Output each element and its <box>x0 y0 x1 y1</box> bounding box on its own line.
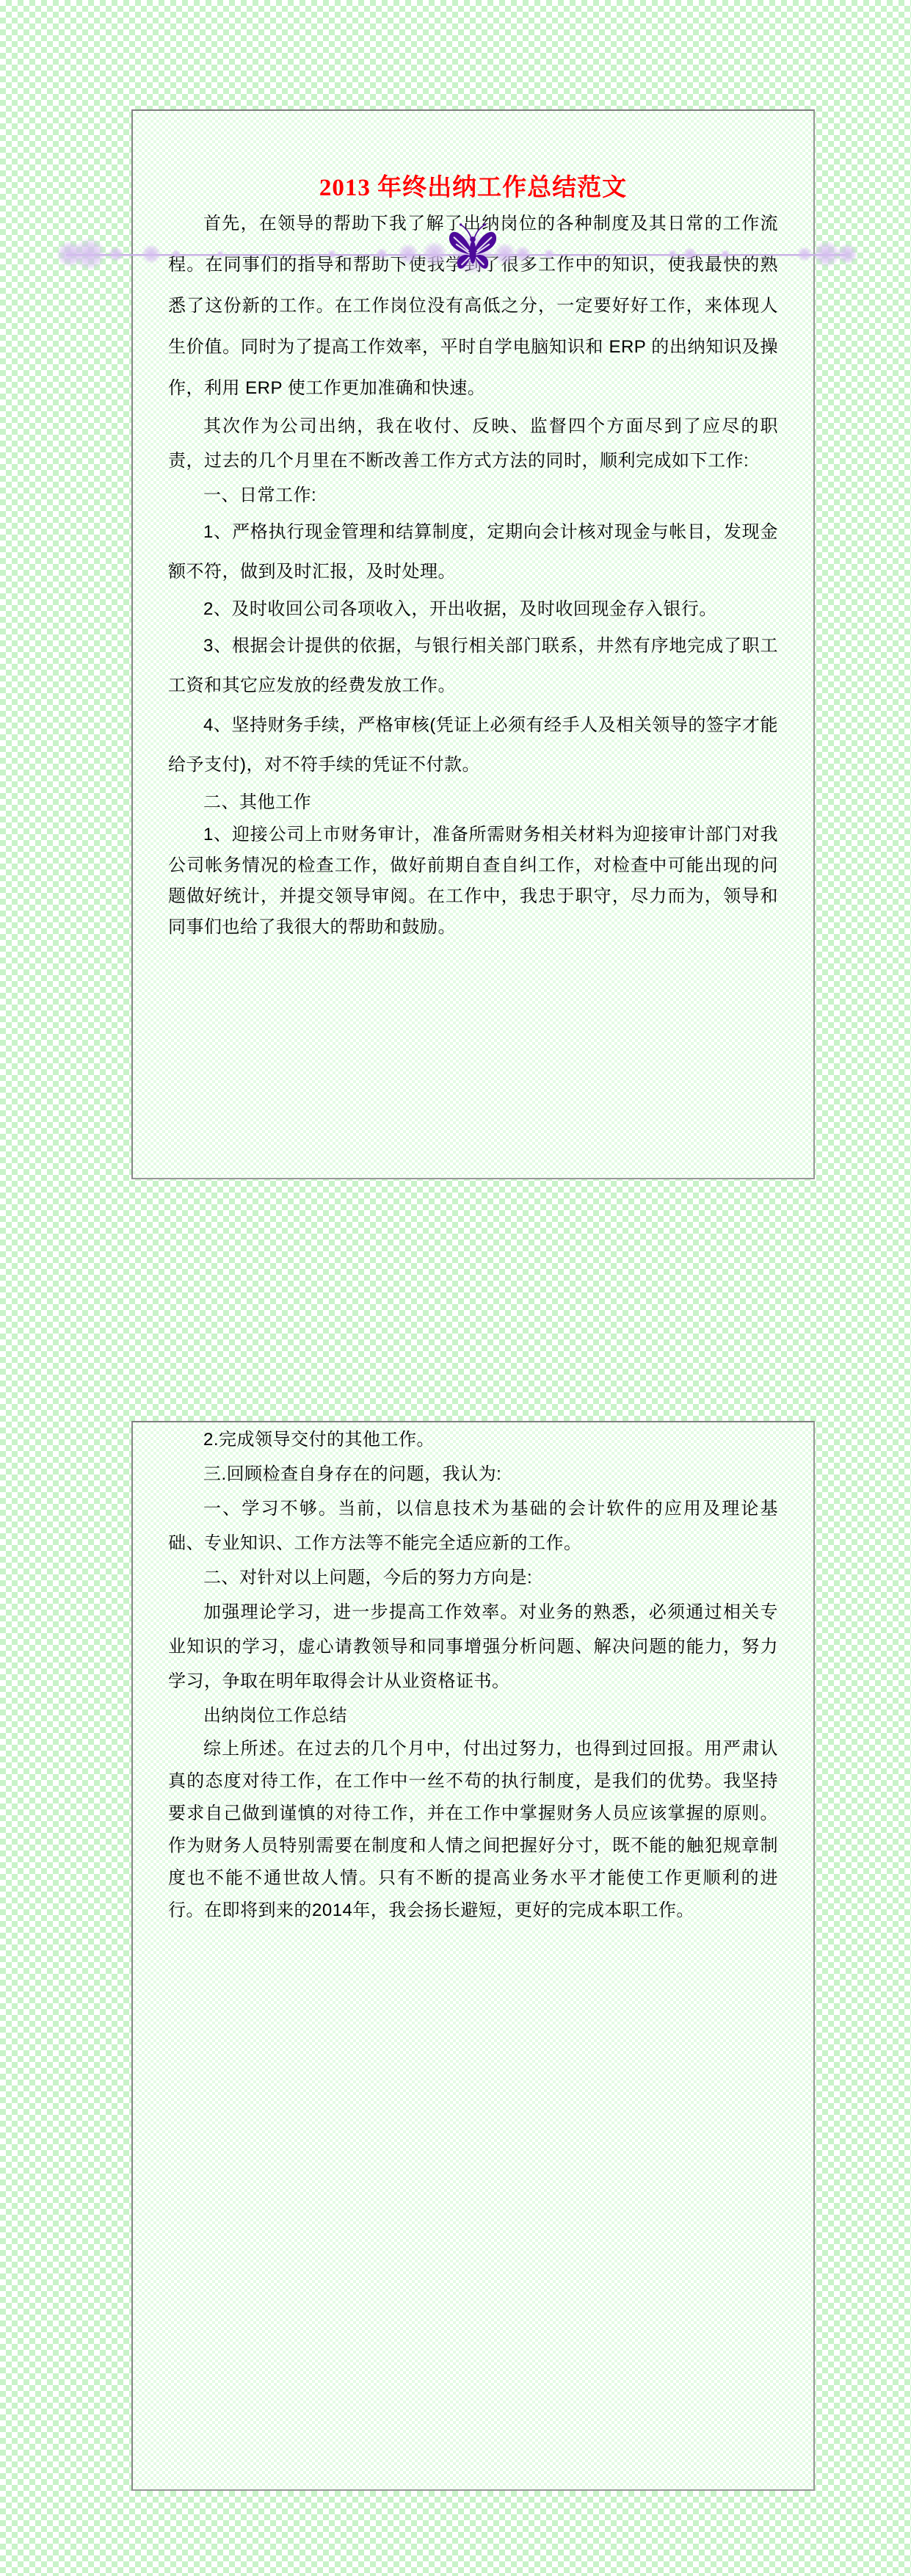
paragraph-conclusion: 综上所述。在过去的几个月中，付出过努力，也得到过回报。用严肃认真的态度对待工作，… <box>168 1733 778 1927</box>
content-panel-top: 2013 年终出纳工作总结范文 首先，在领导的帮助下我了解了出纳岗位的各种制度及… <box>131 109 815 1179</box>
paragraph-secondly: 其次作为公司出纳，我在收付、反映、监督四个方面尽到了应尽的职责，过去的几个月里在… <box>168 409 778 478</box>
section-heading-review: 三.回顾检查自身存在的问题，我认为: <box>168 1457 778 1491</box>
content-panel-bottom: 2.完成领导交付的其他工作。 三.回顾检查自身存在的问题，我认为: 一、学习不够… <box>131 1421 815 2491</box>
section-heading-daily-work: 一、日常工作: <box>168 478 778 513</box>
list-item-1: 1、严格执行现金管理和结算制度，定期向会计核对现金与帐目，发现金额不符，做到及时… <box>168 513 778 592</box>
page-title: 2013 年终出纳工作总结范文 <box>168 173 778 203</box>
blossom-blob <box>813 241 840 267</box>
blossom-blob <box>837 244 857 264</box>
paragraph-problem-2: 二、对针对以上问题，今后的努力方向是: <box>168 1560 778 1595</box>
section-heading-other-work: 二、其他工作 <box>168 785 778 820</box>
list-item-3: 3、根据会计提供的依据，与银行相关部门联系，井然有序地完成了职工工资和其它应发放… <box>168 626 778 706</box>
blossom-blob <box>73 238 106 270</box>
list-item-2: 2、及时收回公司各项收入，开出收据，及时收回现金存入银行。 <box>168 592 778 626</box>
list-item-other-1: 1、迎接公司上市财务审计，准备所需财务相关材料为迎接审计部门对我公司帐务情况的检… <box>168 820 778 943</box>
paragraph-improve: 加强理论学习，进一步提高工作效率。对业务的熟悉，必须通过相关专业知识的学习，虚心… <box>168 1595 778 1698</box>
paragraph-summary-title: 出纳岗位工作总结 <box>168 1698 778 1733</box>
document-page: { "page": { "title": "2013 年终出纳工作总结范文" }… <box>0 0 911 2576</box>
paragraph-problem-1: 一、学习不够。当前，以信息技术为基础的会计软件的应用及理论基础、专业知识、工作方… <box>168 1491 778 1560</box>
blossom-blob <box>57 241 83 267</box>
list-item-other-2: 2.完成领导交付的其他工作。 <box>168 1422 778 1457</box>
blossom-blob <box>109 247 123 261</box>
list-item-4: 4、坚持财务手续，严格审核(凭证上必须有经手人及相关领导的签字才能给予支付)，对… <box>168 706 778 785</box>
paragraph-intro: 首先，在领导的帮助下我了解了出纳岗位的各种制度及其日常的工作流程。在同事们的指导… <box>168 203 778 409</box>
